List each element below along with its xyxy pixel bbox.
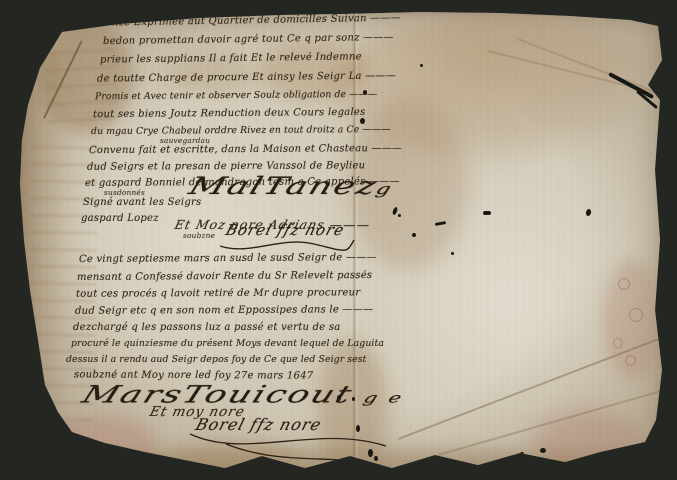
ink-spot (392, 207, 398, 216)
manuscript-line: soubzné ant Moy nore led foy 27e mars 16… (74, 369, 313, 382)
ink-spot (368, 449, 373, 457)
crease-line (488, 50, 677, 100)
manuscript-line: du mgau Crye Chabeul orddre Rivez en tou… (91, 124, 391, 137)
ink-spot (337, 395, 341, 401)
corner-fold-crease (43, 41, 82, 119)
stain (18, 448, 668, 480)
ink-spot (352, 397, 355, 401)
ink-spot (585, 208, 592, 216)
foxing-spot (618, 278, 630, 290)
signature-flourish (186, 426, 406, 466)
crease-line (517, 38, 667, 97)
foxing-spot (625, 355, 636, 366)
stain (603, 260, 663, 380)
interlinear-insertion: susdonnés (104, 189, 145, 198)
manuscript-line: mensant a Confessé davoir Rente du Sr Re… (77, 270, 372, 284)
stain (328, 15, 658, 165)
stain (258, 40, 368, 100)
manuscript-line: Convenu fait et escritte, dans la Maison… (89, 143, 402, 157)
crease-line (398, 338, 660, 440)
bleed-through-text (25, 134, 98, 430)
manuscript-line: tout ses biens Joutz Renduction deux Cou… (93, 107, 366, 121)
stain (348, 100, 468, 270)
manuscript-line: dud Seigr etc q en son nom et Eppossipes… (75, 304, 373, 318)
stain (168, 440, 298, 480)
foxing-spot (629, 308, 643, 322)
stain (48, 415, 158, 475)
manuscript-line: tout ces procés q lavoit retiré de Mr du… (76, 287, 360, 300)
ink-spot (483, 211, 491, 215)
ink-spot (520, 452, 524, 456)
stain (168, 55, 258, 95)
manuscript-line: bedon promettan davoir agré tout Ce q pa… (103, 32, 394, 48)
manuscript-line: Promis et Avec tenir et observer Soulz o… (95, 89, 377, 103)
ink-spot (420, 64, 423, 67)
ink-spot (412, 233, 416, 237)
signature-flourish (218, 234, 358, 256)
ink-spot (374, 456, 378, 461)
manuscript-line: dessus il a rendu aud Seigr depos foy de… (66, 354, 366, 365)
signature-paraph: g (374, 180, 397, 198)
manuscript-line: gaspard Lopez (81, 213, 159, 225)
interlinear-insertion: sauvegardau (160, 137, 210, 146)
manuscript-line: Ce vingt septiesme mars an susd le susd … (79, 252, 377, 266)
notary-attestation-1: Et Moz nore Adrians ——— (173, 217, 372, 232)
tear-slit (608, 72, 654, 99)
notary-attestation-2: Et moy nore (148, 404, 247, 420)
manuscript-line: dezchargé q les passons luz a passé et v… (73, 322, 340, 334)
notary-soubzne: soubzne (183, 232, 215, 241)
manuscript-line: de toutte Charge de procure Et ainsy les… (97, 70, 396, 85)
ink-spot (435, 221, 446, 226)
ink-spot (363, 90, 367, 95)
bleed-through-text (44, 48, 118, 132)
ink-spot (540, 448, 546, 453)
stain (38, 18, 133, 133)
paper-sheet: + nze Exprimée aut Quartier de domicille… (18, 10, 666, 475)
ink-spot (356, 425, 360, 432)
manuscript-scan: + nze Exprimée aut Quartier de domicille… (0, 0, 677, 480)
stain (12, 50, 76, 450)
grand-signature-1: MalTanezg (186, 174, 398, 198)
manuscript-line: Signé avant les Seigrs (83, 197, 201, 209)
manuscript-line: procuré le quinziesme du présent Moys de… (71, 338, 384, 349)
stain (533, 410, 643, 475)
ink-spot (360, 118, 365, 124)
insertion-cross-mark: + (245, 10, 253, 20)
crease-line (438, 391, 660, 456)
tear-slit (636, 90, 658, 109)
manuscript-line: et gaspard Bonniel de mondragon tesm a C… (85, 176, 400, 190)
notary-signature-2: Borel ffz nore (194, 417, 324, 433)
manuscript-line: dud Seigrs et la presan de pierre Vansso… (87, 160, 365, 173)
signature-paraph: g e (361, 389, 407, 406)
notary-signature-1: Borel ffz nore (224, 223, 346, 238)
stain (318, 340, 388, 480)
fold-crease (352, 10, 358, 475)
foxing-spot (613, 338, 623, 348)
manuscript-line: prieur les supplians Il a fait Et le rel… (100, 51, 362, 66)
manuscript-line: nze Exprimée aut Quartier de domicilles … (112, 12, 401, 29)
ink-spot (398, 214, 401, 217)
grand-signature-2: MarsTouicout g e (79, 383, 409, 407)
ink-spot (451, 252, 454, 255)
